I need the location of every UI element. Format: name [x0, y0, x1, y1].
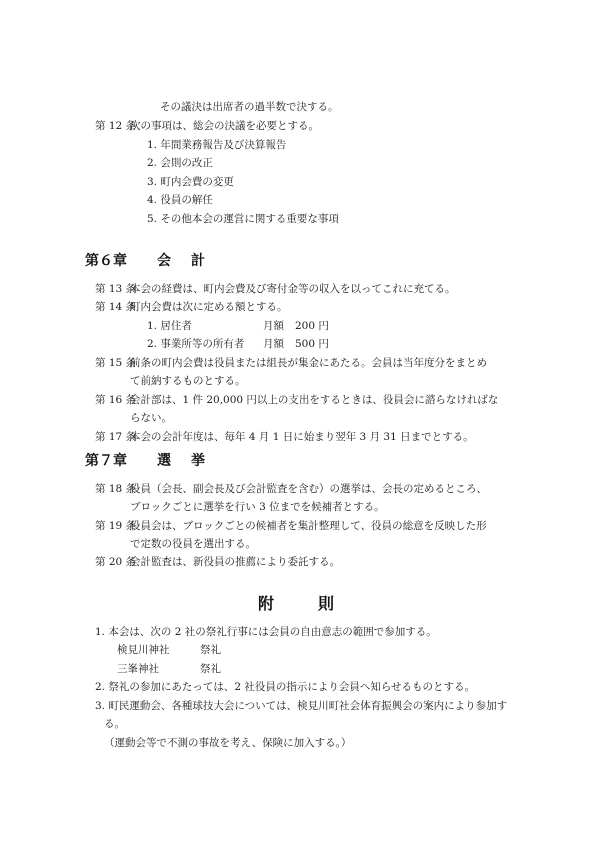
chapter-6-heading: 第６章会計: [85, 252, 225, 270]
shrine-name: 検見川神社: [117, 644, 170, 657]
article-12-text: 次の事項は、総会の決議を必要とする。: [130, 120, 319, 133]
fee-label: 2. 事業所等の所有者: [147, 338, 244, 351]
article-18-text-cont: ブロックごとに選挙を行い 3 位までを候補者とする。: [130, 501, 385, 514]
article-14-text: 町内会費は次に定める額とする。: [130, 301, 288, 314]
article-13-text: 本会の経費は、町内会費及び寄付金等の収入を以ってこれに充てる。: [130, 283, 456, 296]
list-item: 1. 年間業務報告及び決算報告: [147, 139, 286, 152]
article-15-text-cont: て前納するものとする。: [130, 375, 246, 388]
article-19-text: 役員会は、ブロックごとの候補者を集計整理して、役員の総意を反映した形: [130, 520, 487, 533]
fee-label: 1. 居住者: [147, 320, 192, 333]
article-19-text-cont: で定数の役員を選出する。: [130, 538, 256, 551]
supplementary-item-1: 1. 本会は、次の 2 社の祭礼行事には会員の自由意志の範囲で参加する。: [95, 626, 437, 639]
article-17-text: 本会の会計年度は、毎年 4 月 1 日に始まり翌年 3 月 31 日までとする。: [130, 431, 474, 444]
supplementary-heading: 附則: [258, 594, 378, 614]
list-item: 5. その他本会の運営に関する重要な事項: [147, 213, 339, 226]
supplementary-note: （運動会等で不測の事故を考え、保険に加入する。）: [104, 737, 351, 750]
shrine-name: 三峯神社: [117, 663, 159, 676]
supplementary-item-3-cont: る。: [104, 718, 125, 731]
fee-unit: 月額: [263, 320, 284, 333]
article-16-text-cont: らない。: [130, 412, 172, 425]
fee-unit: 月額: [263, 338, 284, 351]
fee-amount: 500 円: [295, 338, 329, 351]
fee-amount: 200 円: [295, 320, 329, 333]
chapter-7-heading: 第７章選挙: [85, 452, 225, 470]
article-18-text: 役員（会長、副会長及び会計監査を含む）の選挙は、会長の定めるところ、: [130, 483, 487, 496]
article-15-text: 前条の町内会費は役員または組長が集金にあたる。会員は当年度分をまとめ: [130, 357, 487, 370]
shrine-event: 祭礼: [200, 644, 221, 657]
chapter-title: 会計: [157, 252, 225, 270]
supplementary-item-3: 3. 町民運動会、各種球技大会については、検見川町社会体育振興会の案内により参加…: [95, 700, 507, 713]
continuation-text: その議決は出席者の過半数で決する。: [160, 101, 339, 114]
article-20-text: 会計監査は、新役員の推薦により委託する。: [130, 556, 340, 569]
chapter-number: 第６章: [85, 252, 127, 270]
list-item: 3. 町内会費の変更: [147, 176, 234, 189]
chapter-number: 第７章: [85, 452, 127, 470]
shrine-event: 祭礼: [200, 663, 221, 676]
chapter-title: 選挙: [157, 452, 225, 470]
article-16-text: 会計部は、1 件 20,000 円以上の支出をするときは、役員会に諮らなければな: [130, 394, 498, 407]
list-item: 4. 役員の解任: [147, 194, 213, 207]
list-item: 2. 会則の改正: [147, 157, 213, 170]
supplementary-item-2: 2. 祭礼の参加にあたっては、2 社役員の指示により会員へ知らせるものとする。: [95, 681, 475, 694]
